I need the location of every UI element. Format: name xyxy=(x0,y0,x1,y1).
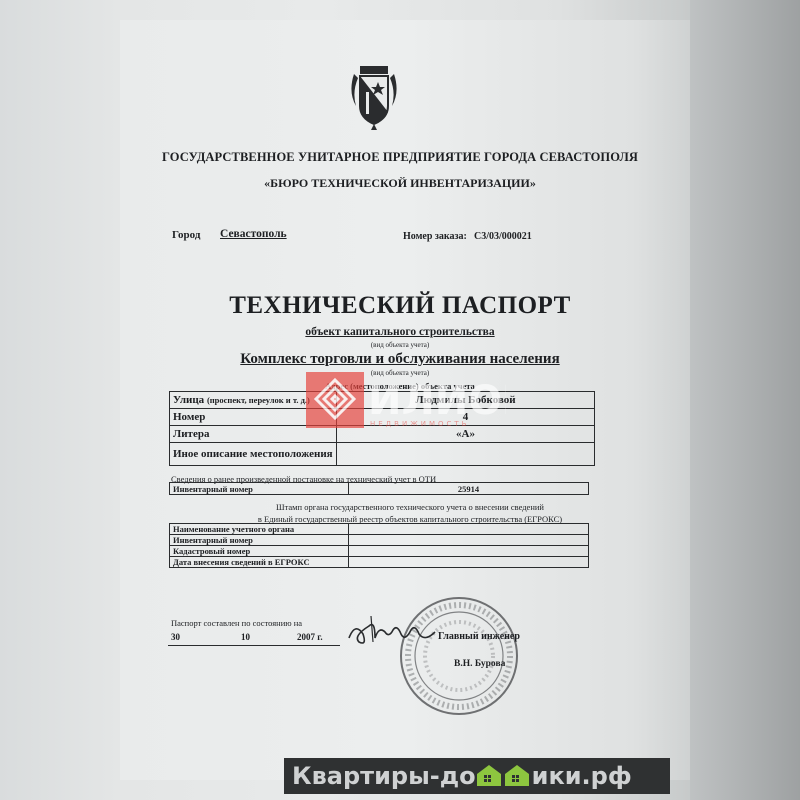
registration-body-value xyxy=(349,524,589,535)
order-number-label: Номер заказа: xyxy=(403,231,467,242)
cadastral-number-value xyxy=(349,546,589,557)
site-watermark-banner: Квартиры-доики.рф xyxy=(284,758,670,794)
table-row: Инвентарный номер 25914 xyxy=(170,483,589,495)
table-row: Дата внесения сведений в ЕГРОКС xyxy=(170,557,589,568)
banner-text-end: ики.рф xyxy=(532,762,632,790)
signature-icon xyxy=(345,612,445,652)
egroks-table: Наименование учетного органа Инвентарный… xyxy=(169,523,589,568)
other-location-label: Иное описание местоположения xyxy=(170,443,337,466)
signatory-name: В.Н. Бурова xyxy=(454,659,505,669)
city-value: Севастополь xyxy=(220,228,287,240)
table-row: Иное описание местоположения xyxy=(170,443,595,466)
table-row: Литера «А» xyxy=(170,426,595,443)
inventory-number-value: 25914 xyxy=(349,483,589,495)
table-row: Наименование учетного органа xyxy=(170,524,589,535)
oti-table: Инвентарный номер 25914 xyxy=(169,482,589,495)
two-houses-icon xyxy=(476,762,532,790)
egroks-caption-line1: Штамп органа государственного техническо… xyxy=(0,502,790,512)
cadastral-number-label: Кадастровый номер xyxy=(170,546,349,557)
egroks-date-value xyxy=(349,557,589,568)
passport-year: 2007 г. xyxy=(297,632,323,642)
other-location-value xyxy=(337,443,595,466)
object-name: Комплекс торговли и обслуживания населен… xyxy=(0,351,800,368)
litera-label: Литера xyxy=(170,426,337,443)
object-type-caption: (вид объекта учета) xyxy=(0,341,800,349)
egroks-date-label: Дата внесения сведений в ЕГРОКС xyxy=(170,557,349,568)
ilion-watermark-logo: ИЛИОН НЕДВИЖИМОСТЬ xyxy=(306,372,506,428)
sevastopol-coat-of-arms-icon xyxy=(348,62,400,132)
passport-date-label: Паспорт составлен по состоянию на xyxy=(171,618,302,628)
svg-text:НЕДВИЖИМОСТЬ: НЕДВИЖИМОСТЬ xyxy=(370,420,470,428)
city-label: Город xyxy=(172,229,200,241)
table-row: Кадастровый номер xyxy=(170,546,589,557)
object-type: объект капитального строительства xyxy=(0,326,800,338)
background-shadow xyxy=(690,0,800,800)
document-title: ТЕХНИЧЕСКИЙ ПАСПОРТ xyxy=(0,292,800,320)
egroks-inventory-value xyxy=(349,535,589,546)
svg-text:ИЛИОН: ИЛИОН xyxy=(368,378,506,424)
passport-month: 10 xyxy=(241,632,250,642)
egroks-inventory-label: Инвентарный номер xyxy=(170,535,349,546)
order-number-value: С3/03/000021 xyxy=(474,231,532,242)
signatory-position: Главный инженер xyxy=(438,631,520,642)
litera-value: «А» xyxy=(337,426,595,443)
date-underline xyxy=(168,645,340,646)
inventory-number-label: Инвентарный номер xyxy=(170,483,349,495)
registration-body-label: Наименование учетного органа xyxy=(170,524,349,535)
banner-text-start: Квартиры-до xyxy=(292,762,476,790)
organization-subname: «БЮРО ТЕХНИЧЕСКОЙ ИНВЕНТАРИЗАЦИИ» xyxy=(0,176,800,191)
organization-name: ГОСУДАРСТВЕННОЕ УНИТАРНОЕ ПРЕДПРИЯТИЕ ГО… xyxy=(0,150,800,165)
passport-day: 30 xyxy=(171,632,180,642)
table-row: Инвентарный номер xyxy=(170,535,589,546)
